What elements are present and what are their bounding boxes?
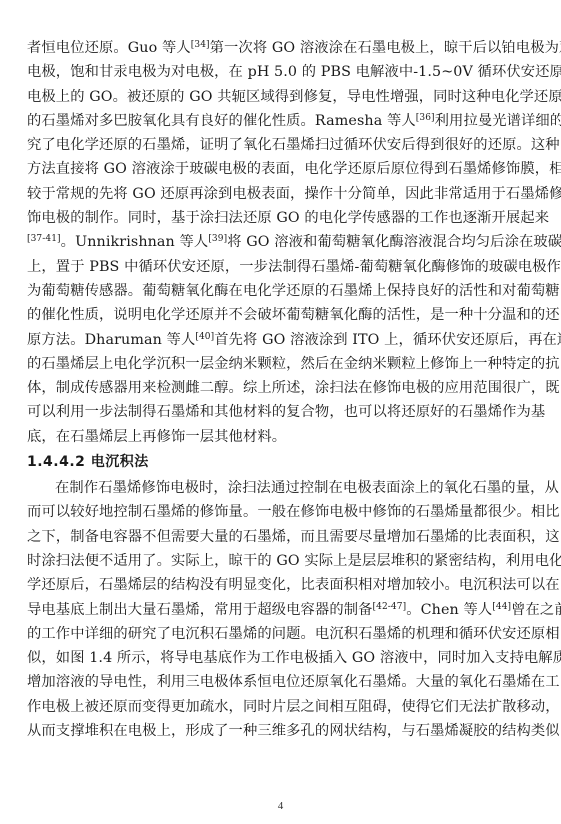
text-line: [37-41]。Unnikrishnan 等人[39]将 GO 溶液和葡萄糖氧化… bbox=[27, 230, 537, 254]
text-line: 时涂扫法便不适用了。实际上，晾干的 GO 实际上是层层堆积的紧密结构，利用电化 bbox=[27, 549, 537, 573]
text-line: 为葡萄糖传感器。葡萄糖氧化酶在电化学还原的石墨烯上保持良好的活性和对葡萄糖 bbox=[27, 279, 537, 303]
text-line: 作电极上被还原而变得更加疏水，同时片层之间相互阻碍，使得它们无法扩散移动， bbox=[27, 695, 537, 719]
text-line: 方法直接将 GO 溶液涂于玻碳电极的表面，电化学还原后原位得到石墨烯修饰膜，相 bbox=[27, 157, 537, 181]
text-line: 电极，饱和甘汞电极为对电极，在 pH 5.0 的 PBS 电解液中-1.5~0V… bbox=[27, 60, 537, 84]
text-line: 的石墨烯对多巴胺氧化具有良好的催化性质。Ramesha 等人[36]利用拉曼光谱… bbox=[27, 109, 537, 133]
paragraph-tu-sao-method-summary: 者恒电位还原。Guo 等人[34]第一次将 GO 溶液涂在石墨电极上，晾干后以铂… bbox=[27, 36, 537, 449]
text-line: 从而支撑堆积在电极上，形成了一种三维多孔的网状结构，与石墨烯凝胶的结构类似 bbox=[27, 719, 537, 743]
text-line: 之下，制备电容器不但需要大量的石墨烯，而且需要尽量增加石墨烯的比表面积，这 bbox=[27, 525, 537, 549]
text-line: 者恒电位还原。Guo 等人[34]第一次将 GO 溶液涂在石墨电极上，晾干后以铂… bbox=[27, 36, 537, 60]
text-line: 电极上的 GO。被还原的 GO 共轭区域得到修复，导电性增强，同时这种电化学还原 bbox=[27, 85, 537, 109]
text-line: 饰电极的制作。同时，基于涂扫法还原 GO 的电化学传感器的工作也逐渐开展起来 bbox=[27, 206, 537, 230]
text-line: 究了电化学还原的石墨烯，证明了氧化石墨烯扫过循环伏安后得到很好的还原。这种 bbox=[27, 133, 537, 157]
citation-superscript: [36] bbox=[416, 113, 435, 123]
citation-superscript: [40] bbox=[195, 332, 214, 342]
text-line: 在制作石墨烯修饰电极时，涂扫法通过控制在电极表面涂上的氧化石墨的量，从 bbox=[27, 476, 537, 500]
text-line: 的工作中详细的研究了电沉积石墨烯的问题。电沉积石墨烯的机理和循环伏安还原相 bbox=[27, 622, 537, 646]
text-line: 而可以较好地控制石墨烯的修饰量。一般在修饰电极中修饰的石墨烯量都很少。相比 bbox=[27, 500, 537, 524]
text-line: 可以利用一步法制得石墨烯和其他材料的复合物，也可以将还原好的石墨烯作为基 bbox=[27, 400, 537, 424]
paragraph-electrodeposition: 在制作石墨烯修饰电极时，涂扫法通过控制在电极表面涂上的氧化石墨的量，从而可以较好… bbox=[27, 476, 537, 743]
text-line: 增加溶液的导电性，利用三电极体系恒电位还原氧化石墨烯。大量的氧化石墨烯在工 bbox=[27, 670, 537, 694]
text-line: 较于常规的先将 GO 还原再涂到电极表面，操作十分简单，因此非常适用于石墨烯修 bbox=[27, 182, 537, 206]
text-line: 底，在石墨烯层上再修饰一层其他材料。 bbox=[27, 425, 537, 449]
citation-superscript: [42-47] bbox=[373, 602, 407, 612]
section-heading: 1.4.4.2 电沉积法 bbox=[27, 449, 537, 476]
text-line: 导电基底上制出大量石墨烯，常用于超级电容器的制备[42-47]。Chen 等人[… bbox=[27, 598, 537, 622]
text-line: 学还原后，石墨烯层的结构没有明显变化，比表面积相对增加较小。电沉积法可以在 bbox=[27, 573, 537, 597]
text-line: 体，制成传感器用来检测雌二醇。综上所述，涂扫法在修饰电极的应用范围很广，既 bbox=[27, 376, 537, 400]
text-line: 似，如图 1.4 所示，将导电基底作为工作电极插入 GO 溶液中，同时加入支持电… bbox=[27, 646, 537, 670]
page-number: 4 bbox=[0, 800, 561, 812]
citation-superscript: [34] bbox=[191, 40, 210, 50]
text-line: 的催化性质，说明电化学还原并不会破坏葡萄糖氧化酶的活性，是一种十分温和的还 bbox=[27, 303, 537, 327]
citation-superscript: [39] bbox=[208, 234, 227, 244]
document-page: 者恒电位还原。Guo 等人[34]第一次将 GO 溶液涂在石墨电极上，晾干后以铂… bbox=[27, 36, 537, 743]
citation-superscript: [44] bbox=[492, 602, 511, 612]
text-line: 上，置于 PBS 中循环伏安还原，一步法制得石墨烯-葡萄糖氧化酶修饰的玻碳电极作 bbox=[27, 255, 537, 279]
citation-superscript: [37-41] bbox=[27, 234, 61, 244]
text-line: 原方法。Dharuman 等人[40]首先将 GO 溶液涂到 ITO 上，循环伏… bbox=[27, 328, 537, 352]
text-line: 的石墨烯层上电化学沉积一层金纳米颗粒，然后在金纳米颗粒上修饰上一种特定的抗 bbox=[27, 352, 537, 376]
